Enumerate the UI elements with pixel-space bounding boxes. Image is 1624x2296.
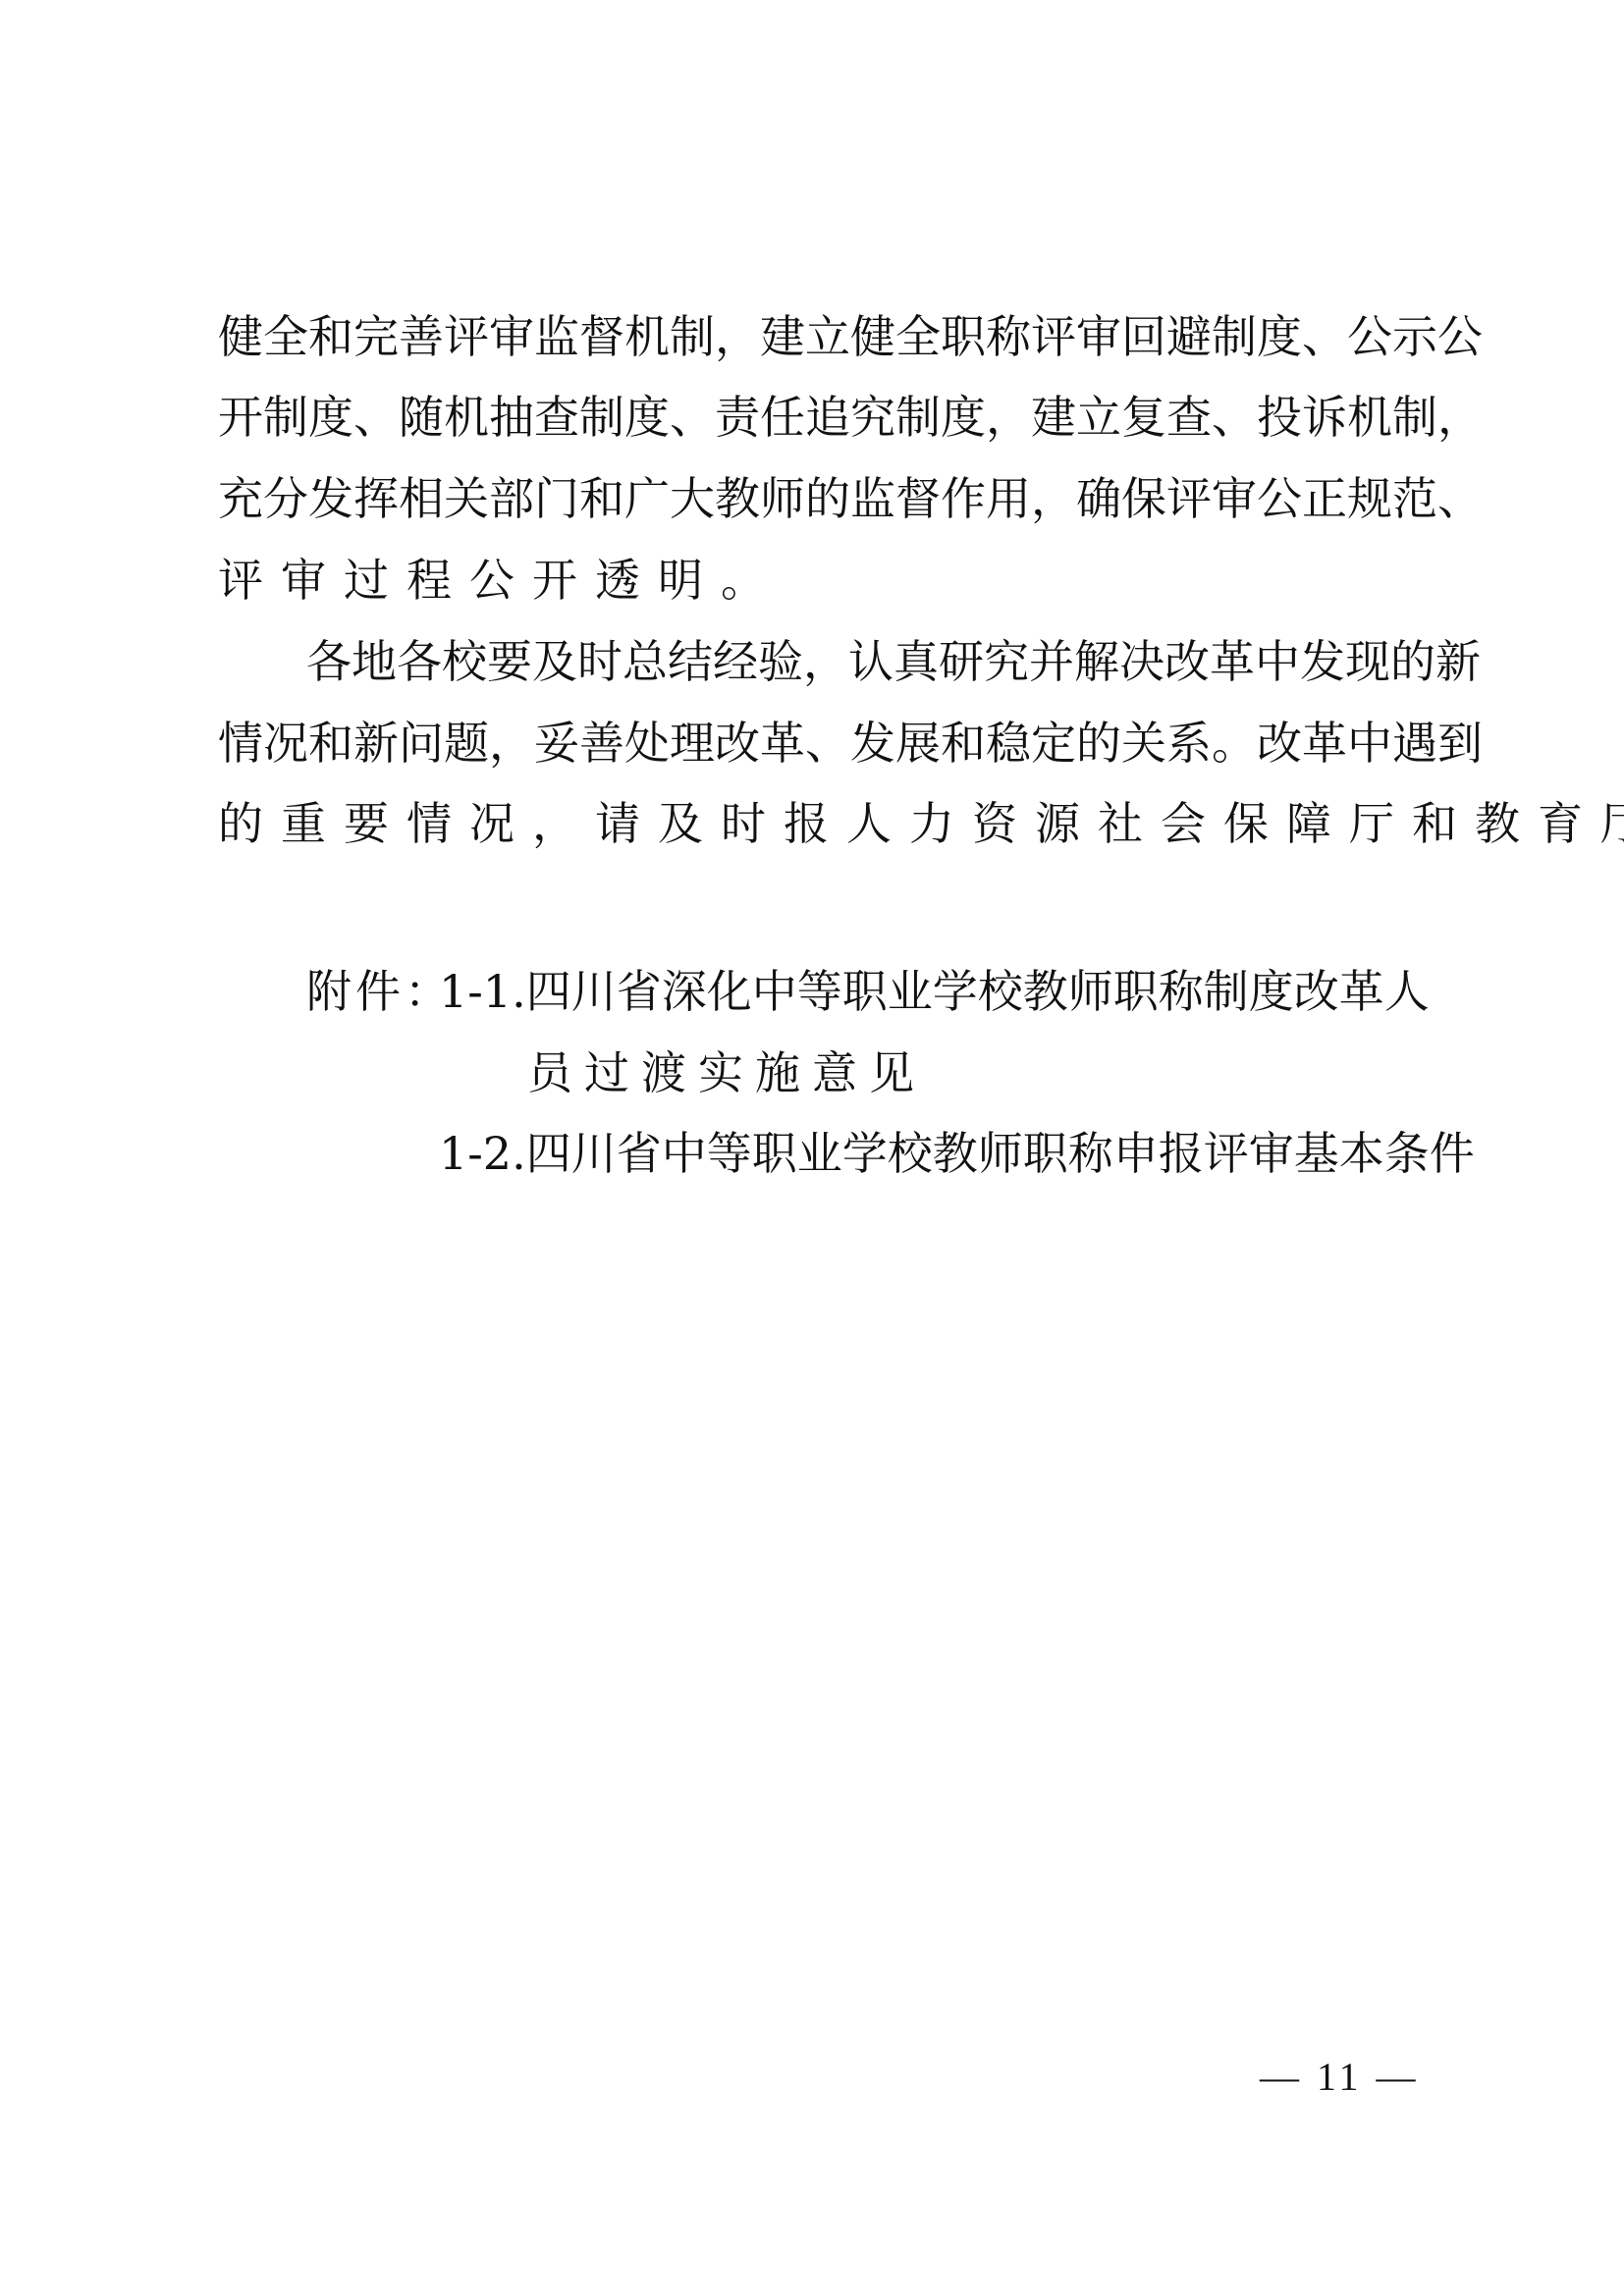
paragraph-line: 各地各校要及时总结经验，认真研究并解决改革中发现的新 <box>306 637 1422 686</box>
attachments-label: 附件： <box>306 967 454 1016</box>
paragraph-line: 充分发挥相关部门和广大教师的监督作用，确保评审公正规范、 <box>218 474 1422 523</box>
page-number: — 11 — <box>1260 2054 1420 2100</box>
paragraph-line: 的重要情况，请及时报人力资源社会保障厅和教育厅。 <box>218 799 1422 848</box>
paragraph-line: 开制度、随机抽查制度、责任追究制度，建立复查、投诉机制， <box>218 393 1422 442</box>
paragraph-line: 情况和新问题，妥善处理改革、发展和稳定的关系。改革中遇到 <box>218 719 1422 768</box>
paragraph-line: 评审过程公开透明。 <box>218 556 1422 605</box>
attachment-item-1-1-continuation: 员过渡实施意见 <box>527 1048 926 1097</box>
attachment-item-1-2: 1-2.四川省中等职业学校教师职称申报评审基本条件 <box>439 1129 1421 1178</box>
paragraph-line: 健全和完善评审监督机制，建立健全职称评审回避制度、公示公 <box>218 312 1422 361</box>
attachment-item-1-1: 1-1.四川省深化中等职业学校教师职称制度改革人 <box>439 967 1421 1016</box>
